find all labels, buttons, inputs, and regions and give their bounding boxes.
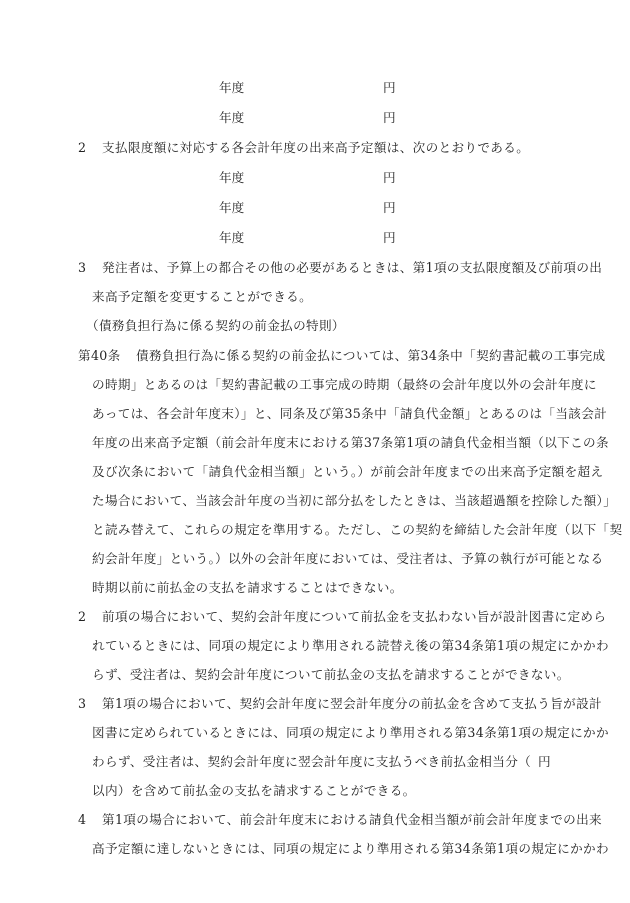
fiscal-year-label: 年度 xyxy=(219,170,244,186)
amount-row: 年度 円 xyxy=(0,110,630,126)
article-40-line: と読み替えて、これらの規定を準用する。ただし、この契約を締結した会計年度（以下「… xyxy=(92,522,622,538)
paragraph-text: 発注者は、予算上の都合その他の必要があるときは、第1項の支払限度額及び前項の出 xyxy=(102,260,602,275)
paragraph-number: 4 xyxy=(78,812,102,828)
paragraph-text: 第1項の場合において、契約会計年度に翌会計年度分の前払金を含めて支払う旨が設計 xyxy=(102,696,602,711)
amount-row: 年度 円 xyxy=(0,80,630,96)
article-40-line: 年度の出来高予定額（前会計年度末における第37条第1項の請負代金相当額（以下この… xyxy=(92,435,609,451)
paragraph-number: 2 xyxy=(78,609,102,625)
yen-label: 円 xyxy=(383,200,396,216)
paragraph-number: 3 xyxy=(78,260,102,276)
article-40-paragraph-3-line: 以内）を含めて前払金の支払を請求することができる。 xyxy=(92,783,416,799)
article-40-paragraph-4-line: 4第1項の場合において、前会計年度末における請負代金相当額が前会計年度までの出来 xyxy=(78,812,602,828)
fiscal-year-label: 年度 xyxy=(219,230,244,246)
article-40-line: た場合において、当該会計年度の当初に部分払をしたときは、当該超過額を控除した額）… xyxy=(92,493,616,509)
article-40-line: あっては、各会計年度末）」と、同条及び第35条中「請負代金額」とあるのは「当該会… xyxy=(92,406,607,422)
article-40-line: 約会計年度」という。）以外の会計年度においては、受注者は、予算の執行が可能となる xyxy=(92,551,603,567)
paragraph-3-line: 来高予定額を変更することができる。 xyxy=(92,289,312,305)
article-text: 債務負担行為に係る契約の前金払については、第34条中「契約書記載の工事完成 xyxy=(136,348,606,363)
paragraph-text: わらず、受注者は、契約会計年度に翌会計年度に支払うべき前払金相当分（ xyxy=(92,754,531,769)
fiscal-year-label: 年度 xyxy=(219,110,244,126)
yen-label: 円 xyxy=(383,110,396,126)
article-40-line: 及び次条において「請負代金相当額」という。）が前会計年度までの出来高予定額を超え xyxy=(92,464,603,480)
article-number: 第40条 xyxy=(78,348,136,364)
article-40-line: の時期」とあるのは「契約書記載の工事完成の時期（最終の会計年度以外の会計年度に xyxy=(92,377,597,393)
yen-label: 円 xyxy=(383,230,396,246)
fiscal-year-label: 年度 xyxy=(219,80,244,96)
paragraph-text: 支払限度額に対応する各会計年度の出来高予定額は、次のとおりである。 xyxy=(102,140,529,155)
document-page: 年度 円 年度 円 2支払限度額に対応する各会計年度の出来高予定額は、次のとおり… xyxy=(0,0,630,903)
article-40-paragraph-3-line: 3第1項の場合において、契約会計年度に翌会計年度分の前払金を含めて支払う旨が設計 xyxy=(78,696,602,712)
paragraph-text: 第1項の場合において、前会計年度末における請負代金相当額が前会計年度までの出来 xyxy=(102,812,602,827)
article-40-paragraph-4-line: 高予定額に達しないときには、同項の規定により準用される第34条第1項の規定にかか… xyxy=(92,841,609,857)
paragraph-3-line: 3発注者は、予算上の都合その他の必要があるときは、第1項の支払限度額及び前項の出 xyxy=(78,260,602,276)
paragraph-number: 3 xyxy=(78,696,102,712)
article-40-paragraph-2-line: れているときには、同項の規定により準用される読替え後の第34条第1項の規定にかか… xyxy=(92,638,609,654)
paragraph-text: 前項の場合において、契約会計年度について前払金を支払わない旨が設計図書に定めら xyxy=(102,609,606,624)
article-40-paragraph-3-line: 図書に定められているときには、同項の規定により準用される第34条第1項の規定にか… xyxy=(92,725,609,741)
article-caption: （債務負担行為に係る契約の前金払の特則） xyxy=(86,318,345,334)
yen-label: 円 xyxy=(538,754,551,770)
yen-label: 円 xyxy=(383,80,396,96)
paragraph-2: 2支払限度額に対応する各会計年度の出来高予定額は、次のとおりである。 xyxy=(78,140,529,156)
paragraph-number: 2 xyxy=(78,140,102,156)
amount-row: 年度 円 xyxy=(0,230,630,246)
amount-row: 年度 円 xyxy=(0,170,630,186)
yen-label: 円 xyxy=(383,170,396,186)
article-40-paragraph-2-line: らず、受注者は、契約会計年度について前払金の支払を請求することができない。 xyxy=(92,667,570,683)
article-40-line: 時期以前に前払金の支払を請求することはできない。 xyxy=(92,580,403,596)
amount-row: 年度 円 xyxy=(0,200,630,216)
article-40-paragraph-3-line: わらず、受注者は、契約会計年度に翌会計年度に支払うべき前払金相当分（ xyxy=(92,754,552,770)
fiscal-year-label: 年度 xyxy=(219,200,244,216)
article-40-paragraph-2-line: 2前項の場合において、契約会計年度について前払金を支払わない旨が設計図書に定めら xyxy=(78,609,606,625)
article-40-line: 第40条債務負担行為に係る契約の前金払については、第34条中「契約書記載の工事完… xyxy=(78,348,606,364)
